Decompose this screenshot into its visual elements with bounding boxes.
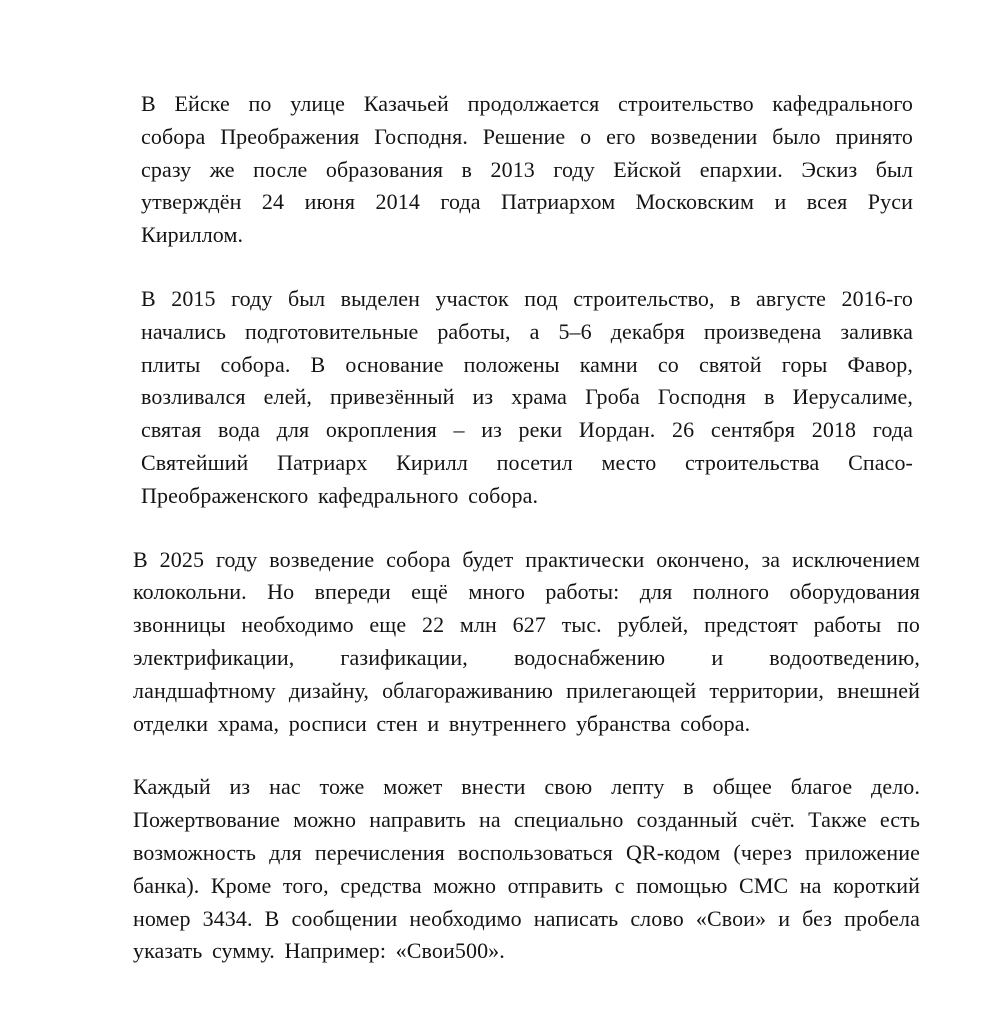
article-body: В Ейске по улице Казачьей продолжается с… bbox=[133, 88, 920, 968]
paragraph-construction-timeline: В 2015 году был выделен участок под стро… bbox=[133, 283, 920, 513]
paragraph-donation-info: Каждый из нас тоже может внести свою леп… bbox=[133, 771, 920, 968]
paragraph-history-start: В Ейске по улице Казачьей продолжается с… bbox=[133, 88, 920, 252]
paragraph-completion-plans: В 2025 году возведение собора будет прак… bbox=[133, 544, 920, 741]
document-page: В Ейске по улице Казачьей продолжается с… bbox=[0, 0, 983, 1024]
